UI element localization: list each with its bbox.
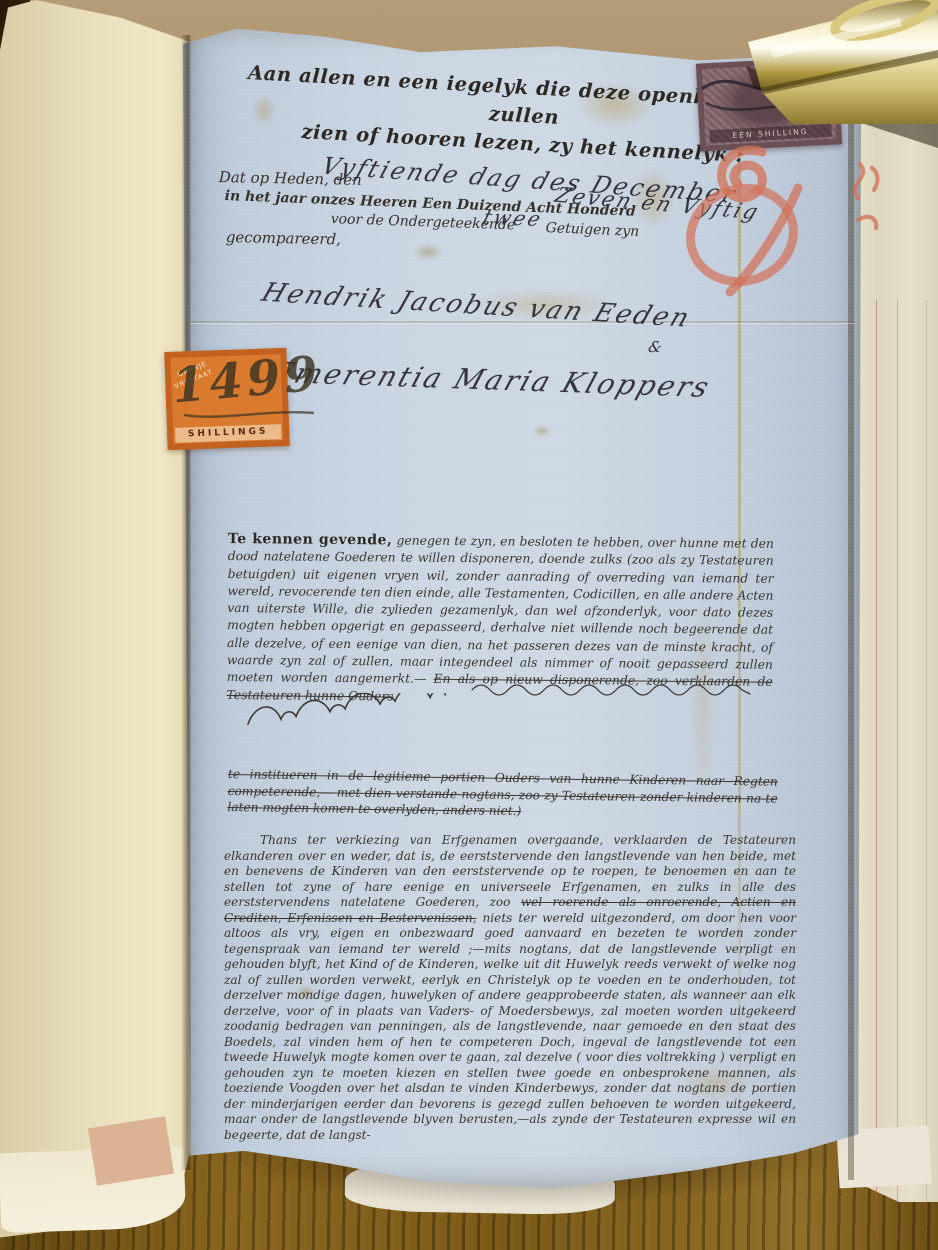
paragraph-lead: Te kennen gevende, xyxy=(228,531,393,548)
handwritten-witness-count: twee xyxy=(480,205,546,231)
stain xyxy=(413,243,443,261)
small-cancellation-squiggle xyxy=(468,678,778,698)
heirs-paragraph: Thans ter verkiezing van Erfgenamen over… xyxy=(224,833,796,1143)
red-pencil-marks xyxy=(852,158,892,238)
ledger-rule-line xyxy=(926,300,927,1240)
metal-clip xyxy=(700,0,938,165)
ampersand: & xyxy=(647,338,666,356)
stamp-denomination-label: SHILLINGS xyxy=(175,424,281,443)
ledger-rule-line xyxy=(876,300,877,1240)
torn-paper-scrap xyxy=(88,1116,174,1185)
facing-page-left xyxy=(0,0,200,1250)
ledger-rule-line xyxy=(897,300,898,1240)
photo-of-notarial-deed: Aan allen en een iegelyk die deze openba… xyxy=(0,0,938,1250)
manuscript-flourish xyxy=(180,395,320,425)
page-right-shadow xyxy=(848,95,854,1180)
printed-appeared: gecompareerd, xyxy=(226,228,342,248)
paragraph2-part-b: niets ter wereld uitgezonderd, om door h… xyxy=(224,911,796,1142)
page-gutter-shadow xyxy=(181,35,191,1170)
struck-clause: te institueren in de legitieme portien O… xyxy=(227,766,778,823)
stain xyxy=(533,425,551,437)
wavy-cancellation-line xyxy=(238,692,798,746)
paragraph-body: genegen te zyn, en besloten te hebben, o… xyxy=(227,533,774,686)
